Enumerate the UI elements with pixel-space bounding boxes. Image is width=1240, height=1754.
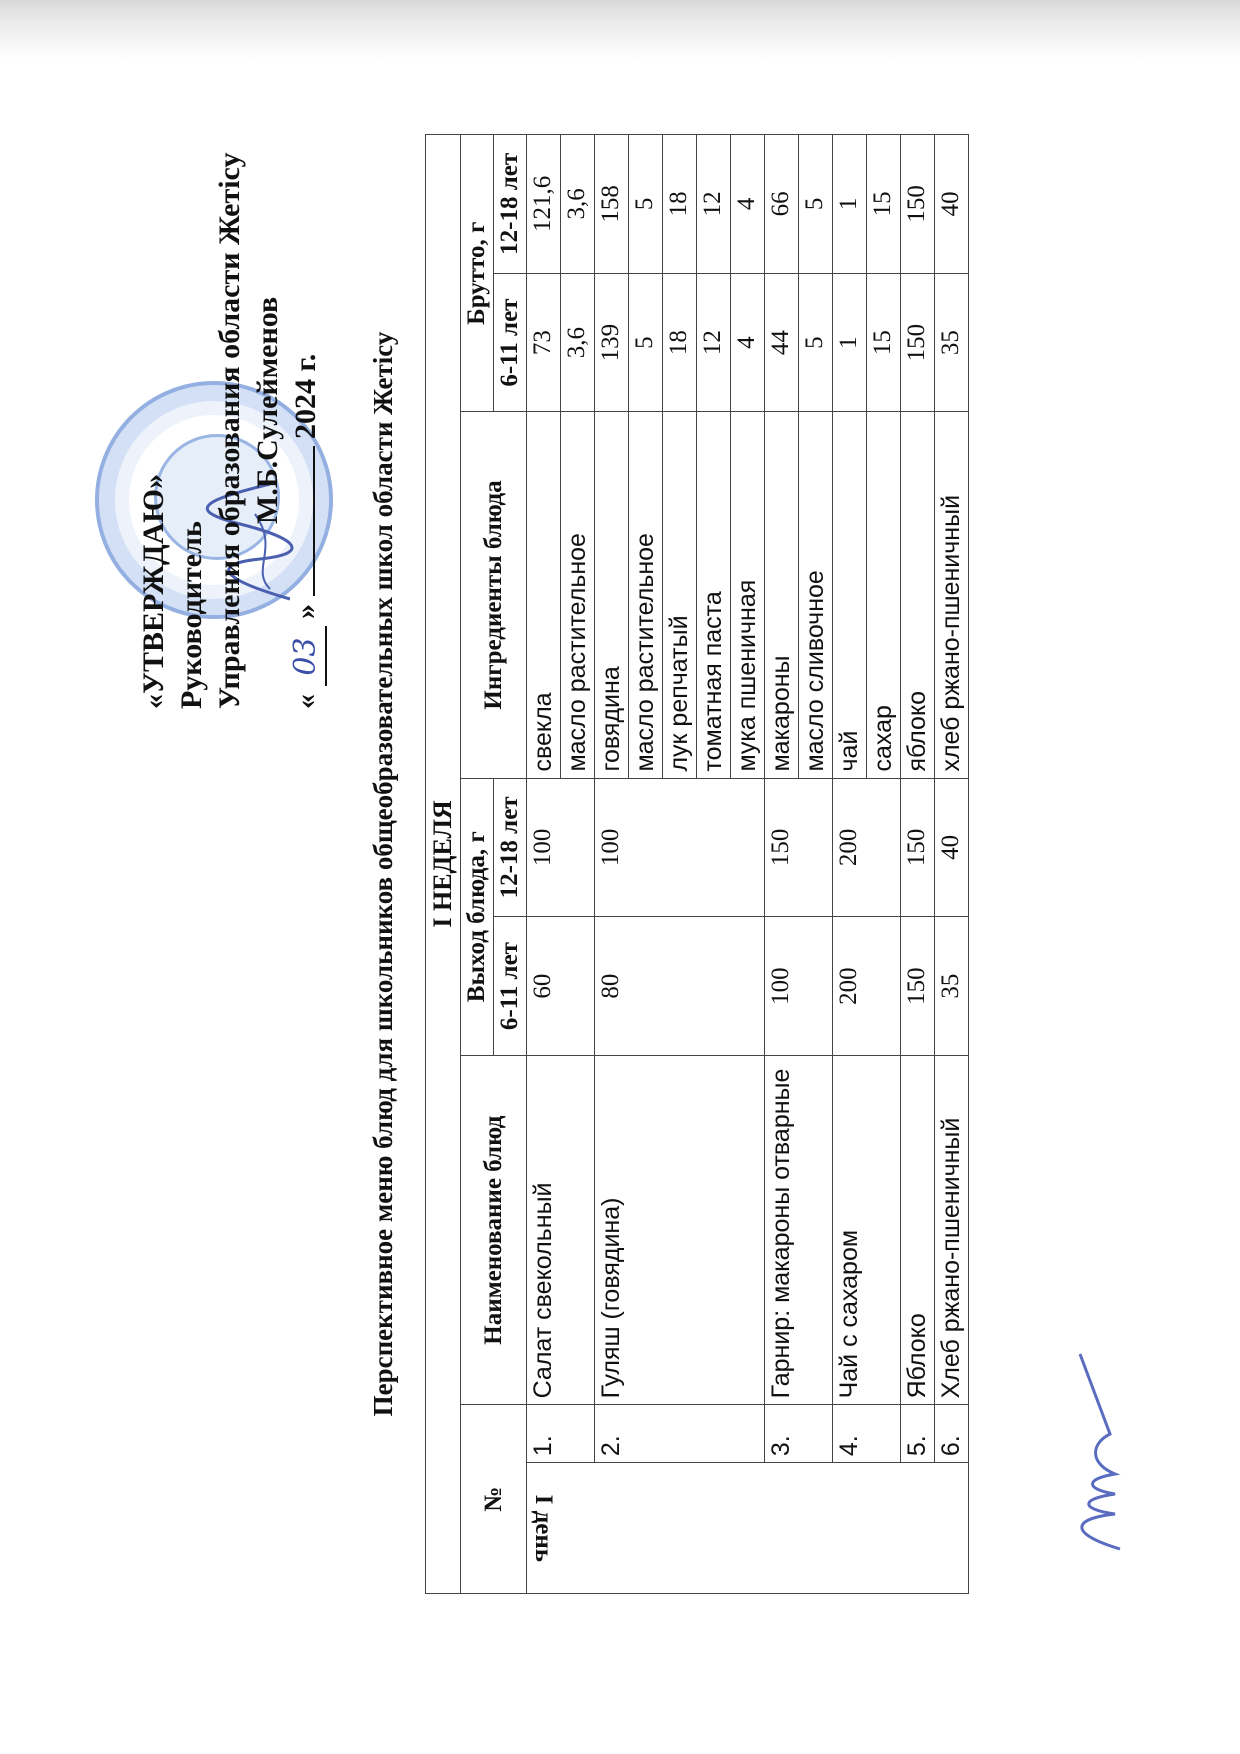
gross-12-18: 158 — [595, 135, 629, 274]
gross-12-18: 3,6 — [561, 135, 595, 274]
date-month-blank — [313, 447, 315, 597]
gross-6-11: 3,6 — [561, 273, 595, 412]
table-row: 6.Хлеб ржано-пшеничный3540хлеб ржано-пше… — [935, 135, 969, 1594]
gross-12-18: 1 — [833, 135, 867, 274]
week-label: I НЕДЕЛЯ — [426, 135, 461, 1594]
gross-6-11: 5 — [799, 273, 833, 412]
gross-6-11: 18 — [663, 273, 697, 412]
ingredient-name: хлеб ржано-пшеничный — [935, 412, 969, 778]
header-gross: Брутто, г — [461, 135, 494, 412]
day-label-text: I день — [529, 1494, 557, 1561]
header-yield-6-11: 6-11 лет — [494, 917, 527, 1056]
ingredient-name: свекла — [527, 412, 561, 778]
dish-number: 4. — [833, 1405, 901, 1463]
approver-name: М.Б.Сулейменов — [249, 149, 287, 709]
header-yield-12-18: 12-18 лет — [494, 778, 527, 917]
gross-6-11: 73 — [527, 273, 561, 412]
approval-header: «УТВЕРЖДАЮ» — [135, 149, 173, 709]
dish-number: 5. — [901, 1405, 935, 1463]
ingredient-name: макароны — [765, 412, 799, 778]
header-ingredients: Ингредиенты блюда — [461, 412, 527, 778]
dish-name: Гарнир: макароны отварные — [765, 1055, 833, 1404]
gross-12-18: 12 — [697, 135, 731, 274]
gross-12-18: 5 — [629, 135, 663, 274]
document-title: Перспективное меню блюд для школьников о… — [368, 144, 399, 1604]
ingredient-name: чай — [833, 412, 867, 778]
approval-block: «УТВЕРЖДАЮ» Руководитель Управления обра… — [135, 149, 327, 709]
gross-6-11: 139 — [595, 273, 629, 412]
yield-6-11: 200 — [833, 917, 901, 1056]
dish-name: Салат свекольный — [527, 1055, 595, 1404]
gross-12-18: 4 — [731, 135, 765, 274]
ingredient-name: мука пшеничная — [731, 412, 765, 778]
yield-6-11: 80 — [595, 917, 765, 1056]
gross-6-11: 1 — [833, 273, 867, 412]
gross-12-18: 121,6 — [527, 135, 561, 274]
dish-number: 1. — [527, 1405, 595, 1463]
gross-6-11: 150 — [901, 273, 935, 412]
gross-12-18: 66 — [765, 135, 799, 274]
date-year: 2024 г. — [289, 354, 322, 439]
document-page: «УТВЕРЖДАЮ» Руководитель Управления обра… — [0, 0, 1240, 1754]
gross-6-11: 4 — [731, 273, 765, 412]
ingredient-name: говядина — [595, 412, 629, 778]
header-number: № — [461, 1405, 527, 1594]
ingredient-name: яблоко — [901, 412, 935, 778]
header-gross-6-11: 6-11 лет — [494, 273, 527, 412]
date-open-quote: « — [289, 694, 322, 709]
menu-table: I НЕДЕЛЯ № Наименование блюд Выход блюда… — [425, 134, 969, 1594]
dish-number: 3. — [765, 1405, 833, 1463]
header-dish-name: Наименование блюд — [461, 1055, 527, 1404]
dish-name: Гуляш (говядина) — [595, 1055, 765, 1404]
yield-6-11: 100 — [765, 917, 833, 1056]
gross-12-18: 18 — [663, 135, 697, 274]
yield-12-18: 150 — [901, 778, 935, 917]
ingredient-name: масло растительное — [629, 412, 663, 778]
gross-12-18: 15 — [867, 135, 901, 274]
header-yield: Выход блюда, г — [461, 778, 494, 1055]
header-gross-12-18: 12-18 лет — [494, 135, 527, 274]
table-row: 3.Гарнир: макароны отварные100150макарон… — [765, 135, 799, 1594]
menu-table-body: I день1.Салат свекольный60100свекла73121… — [527, 135, 969, 1594]
yield-12-18: 100 — [527, 778, 595, 917]
dish-number: 2. — [595, 1405, 765, 1463]
signature-icon — [1060, 1344, 1140, 1554]
gross-12-18: 40 — [935, 135, 969, 274]
ingredient-name: томатная паста — [697, 412, 731, 778]
yield-12-18: 200 — [833, 778, 901, 917]
dish-name: Чай с сахаром — [833, 1055, 901, 1404]
table-row: 4.Чай с сахаром200200чай11 — [833, 135, 867, 1594]
approval-date: « 03 » 2024 г. — [287, 149, 327, 709]
gross-6-11: 12 — [697, 273, 731, 412]
approval-position-1: Руководитель — [173, 149, 211, 709]
ingredient-name: лук репчатый — [663, 412, 697, 778]
dish-number: 6. — [935, 1405, 969, 1463]
ingredient-name: масло сливочное — [799, 412, 833, 778]
gross-6-11: 44 — [765, 273, 799, 412]
date-day: 03 — [287, 627, 327, 687]
yield-6-11: 60 — [527, 917, 595, 1056]
table-row: I день1.Салат свекольный60100свекла73121… — [527, 135, 561, 1594]
yield-12-18: 150 — [765, 778, 833, 917]
gross-12-18: 5 — [799, 135, 833, 274]
gross-6-11: 35 — [935, 273, 969, 412]
approval-position-2: Управления образования области Жетісу — [211, 149, 249, 709]
date-close-quote: » — [289, 604, 322, 619]
ingredient-name: сахар — [867, 412, 901, 778]
gross-6-11: 15 — [867, 273, 901, 412]
table-row: 2.Гуляш (говядина)80100говядина139158 — [595, 135, 629, 1594]
yield-6-11: 35 — [935, 917, 969, 1056]
dish-name: Хлеб ржано-пшеничный — [935, 1055, 969, 1404]
day-label: I день — [527, 1463, 969, 1594]
gross-12-18: 150 — [901, 135, 935, 274]
table-row: 5.Яблоко150150яблоко150150 — [901, 135, 935, 1594]
yield-12-18: 100 — [595, 778, 765, 917]
dish-name: Яблоко — [901, 1055, 935, 1404]
yield-6-11: 150 — [901, 917, 935, 1056]
yield-12-18: 40 — [935, 778, 969, 917]
gross-6-11: 5 — [629, 273, 663, 412]
ingredient-name: масло растительное — [561, 412, 595, 778]
